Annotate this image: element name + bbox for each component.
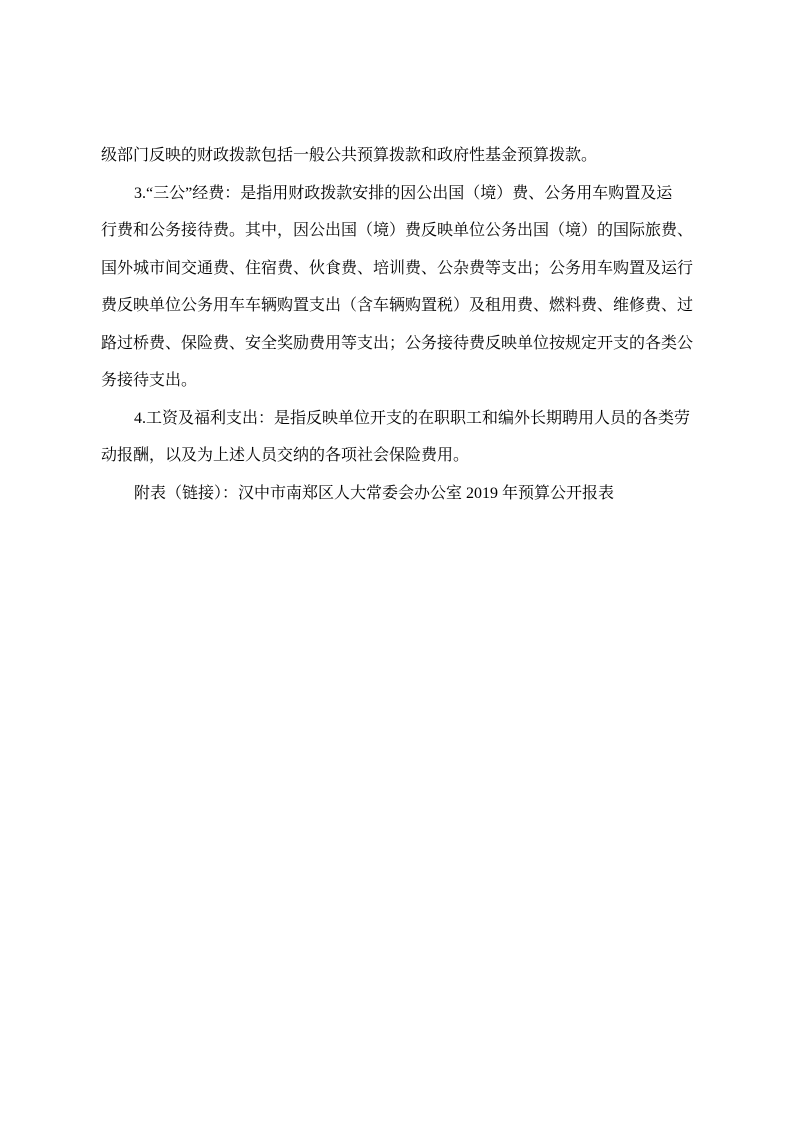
paragraph-3-sangong-line-1: 3.“三公”经费：是指用财政拨款安排的因公出国（境）费、公务用车购置及运 xyxy=(101,175,697,213)
text-line-continuation: 级部门反映的财政拨款包括一般公共预算拨款和政府性基金预算拨款。 xyxy=(101,137,697,175)
attachment-link-line: 附表（链接）：汉中市南郑区人大常委会办公室 2019 年预算公开报表 xyxy=(101,475,697,513)
paragraph-3-sangong-line-2: 行费和公务接待费。其中，因公出国（境）费反映单位公务出国（境）的国际旅费、 xyxy=(101,212,697,250)
paragraph-4-salary-line-2: 动报酬，以及为上述人员交纳的各项社会保险费用。 xyxy=(101,437,697,475)
paragraph-3-sangong-line-5: 路过桥费、保险费、安全奖励费用等支出；公务接待费反映单位按规定开支的各类公 xyxy=(101,325,697,363)
paragraph-3-sangong-line-4: 费反映单位公务用车车辆购置支出（含车辆购置税）及租用费、燃料费、维修费、过 xyxy=(101,287,697,325)
document-page: 级部门反映的财政拨款包括一般公共预算拨款和政府性基金预算拨款。 3.“三公”经费… xyxy=(0,0,793,1122)
document-body: 级部门反映的财政拨款包括一般公共预算拨款和政府性基金预算拨款。 3.“三公”经费… xyxy=(101,137,697,512)
paragraph-3-sangong-line-3: 国外城市间交通费、住宿费、伙食费、培训费、公杂费等支出；公务用车购置及运行 xyxy=(101,250,697,288)
paragraph-3-sangong-line-6: 务接待支出。 xyxy=(101,362,697,400)
paragraph-4-salary-line-1: 4.工资及福利支出：是指反映单位开支的在职职工和编外长期聘用人员的各类劳 xyxy=(101,400,697,438)
